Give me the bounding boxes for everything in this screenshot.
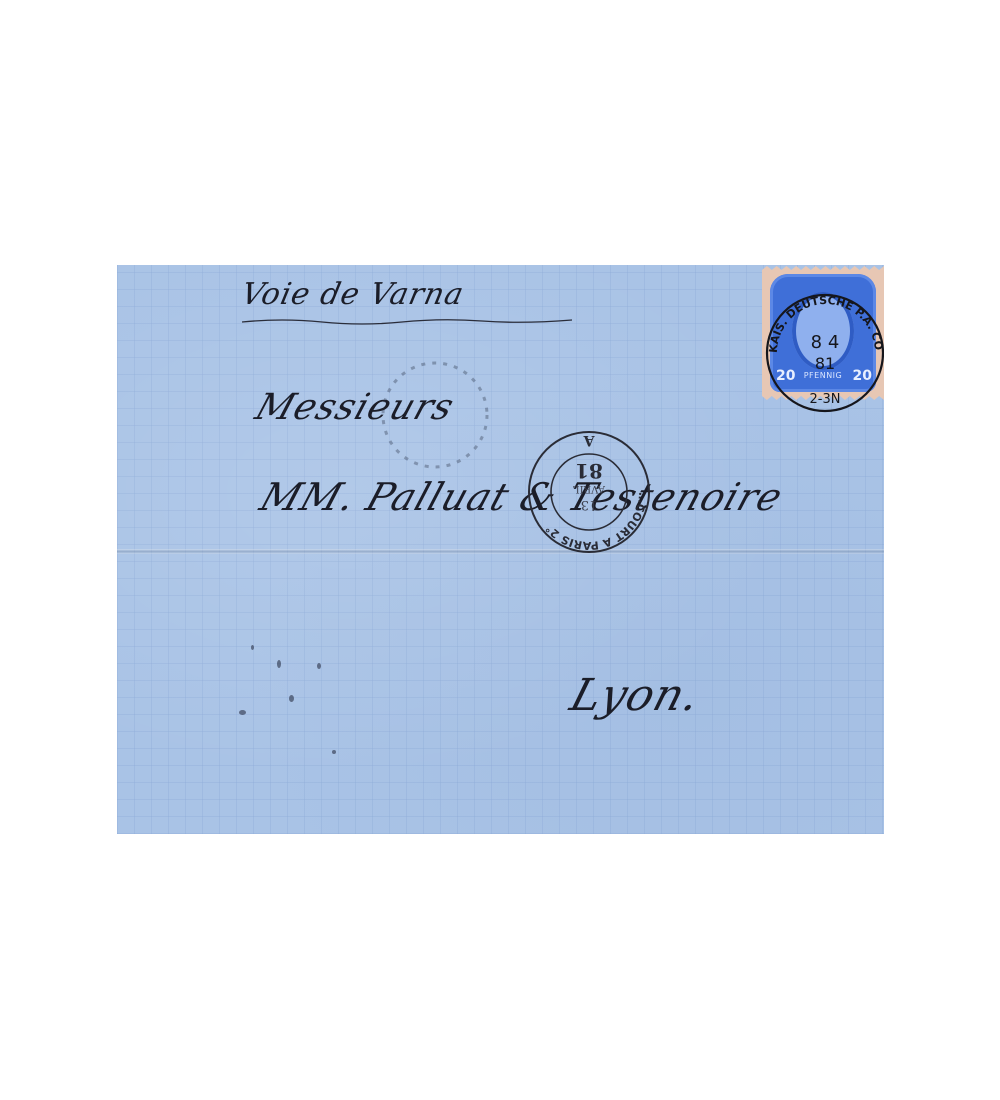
svg-text:81: 81 (815, 354, 835, 373)
svg-text:A: A (582, 432, 595, 448)
destination-city: Lyon. (565, 670, 707, 721)
paris-postmark: …COURT A PARIS 2° 13 AVRIL 81 A (525, 428, 653, 556)
faint-cancel (375, 350, 505, 480)
svg-text:81: 81 (575, 459, 603, 483)
svg-text:2-3N: 2-3N (810, 392, 841, 407)
fold-crease (117, 549, 884, 554)
route-underline (242, 317, 572, 325)
constantinople-postmark: KAIS. DEUTSCHE P.A. CONSTANTINOPEL 8 4 8… (757, 283, 884, 413)
svg-text:13: 13 (581, 497, 598, 512)
svg-text:8 4: 8 4 (811, 332, 840, 353)
envelope: Voie de Varna Messieurs MM. Palluat & Te… (117, 265, 884, 834)
addressee: MM. Palluat & Testenoire (255, 475, 789, 519)
svg-text:AVRIL: AVRIL (573, 483, 606, 494)
route-note: Voie de Varna (238, 277, 467, 312)
